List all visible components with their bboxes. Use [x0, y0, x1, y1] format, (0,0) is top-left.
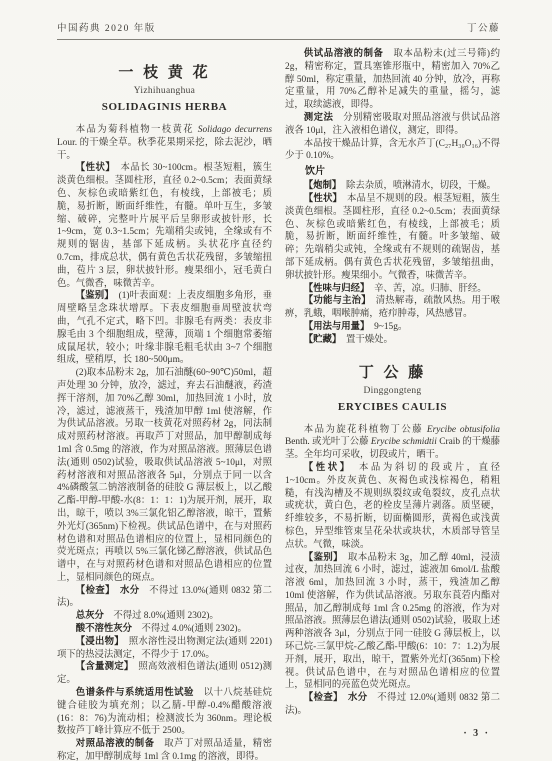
right-column: 供试品溶液的制备 取本品粉末(过三号筛)约 2g，精密称定，置具塞锥形瓶中，精密… [285, 48, 500, 761]
section-text: 不得过 8.0%(通则 2302)。 [104, 611, 219, 621]
section-text: (2)取本品粉末 2g，加石油醚(60~90℃)50ml，超声处理 30 分钟，… [57, 368, 272, 583]
page-number: · 3 · [463, 728, 490, 739]
monograph-title-latin: ERYCIBES CAULIS [285, 401, 500, 413]
section-paragraph-suanburongxing-huifen: 酸不溶性灰分 不得过 4.0%(通则 2302)。 [57, 623, 272, 636]
section-paragraph-cedingfa: 测定法 分别精密吸取对照品溶液与供试品溶液各 10μl，注入液相色谱仪，测定，即… [285, 112, 500, 138]
monograph-title-latin: SOLIDAGINIS HERBA [57, 101, 272, 113]
section-paragraph-jianbie-1: 【鉴别】 (1)叶表面观：上表皮细胞多角形，垂周壁略呈念珠状增厚。下表皮细胞垂周… [57, 290, 272, 367]
section-paragraph-dgt-xingzhuang: 【性状】 本品为斜切的段或片，直径 1~10cm。外皮灰黄色、灰褐色或浅棕褐色，… [285, 462, 500, 552]
scientific-name: Erycibe obtusifolia [427, 425, 500, 435]
section-text: 不得过 4.0%(通则 2302)。 [132, 624, 247, 634]
section-paragraph-yongfa-yongliang: 【用法与用量】 9~15g。 [285, 321, 500, 334]
section-paragraph-yinpian-xingzhuang: 【性状】 本品呈不规则的段。根茎短粗，簇生淡黄色细根。茎圆柱形，直径 0.2~0… [285, 193, 500, 283]
section-label: 【检查】 水分 [76, 586, 140, 596]
section-paragraph-duizhaopin-rongye: 对照品溶液的制备 取芦丁对照品适量，精密称定，加甲醇制成每 1ml 含 0.1m… [57, 738, 272, 761]
section-paragraph-xingzhuang: 【性状】 本品长 30~100cm。根茎短粗，簇生淡黄色细根。茎圆柱形，直径 0… [57, 162, 272, 290]
monograph-title-chinese: 一 枝 黄 花 [57, 61, 272, 82]
section-label: 对照品溶液的制备 [76, 739, 155, 749]
section-paragraph-hanliang-ceding: 【含量测定】 照高效液相色谱法(通则 0512)测定。 [57, 661, 272, 687]
section-label: 【性状】 [304, 194, 338, 204]
section-paragraph-gongshipin-rongye: 供试品溶液的制备 取本品粉末(过三号筛)约 2g，精密称定，置具塞锥形瓶中，精密… [285, 48, 500, 112]
section-label: 酸不溶性灰分 [76, 624, 132, 634]
monograph-title-chinese: 丁 公 藤 [285, 361, 500, 382]
scientific-name: Solidago decurrens [198, 125, 272, 135]
section-text: 本品为斜切的段或片，直径 1~10cm。外皮灰黄色、灰褐色或浅棕褐色，稍粗糙，有… [285, 463, 500, 550]
section-label: 【鉴别】 [76, 291, 109, 301]
section-paragraph-paozhi: 【炮制】 除去杂质，喷淋清水，切段，干燥。 [285, 180, 500, 193]
section-paragraph-dgt-jiancha: 【检查】 水分 不得过 12.0%(通则 0832 第二法)。 [285, 692, 500, 718]
source-paragraph-dinggongteng: 本品为旋花科植物丁公藤 Erycibe obtusifolia Benth. 或… [285, 424, 500, 462]
section-text: 本品按干燥品计算，含无水芦丁(C₂₇H₃₀O₁₆)不得少于 0.10%。 [285, 139, 500, 162]
section-label: 【炮制】 [304, 181, 337, 191]
monograph-title-block-yizhihuanghua: 一 枝 黄 花 Yizhihuanghua SOLIDAGINIS HERBA [57, 61, 272, 113]
source-text-mid: Benth. 或光叶丁公藤 [285, 437, 371, 447]
header-section-title: 丁公藤 [467, 20, 500, 34]
section-label: 【性状】 [304, 463, 347, 473]
section-paragraph-sepu-tiaojian: 色谱条件与系统适用性试验 以十八烷基硅烷键合硅胶为填充剂；以乙腈-甲醇-0.4%… [57, 687, 272, 738]
section-paragraph-hanliang-limit: 本品按干燥品计算，含无水芦丁(C₂₇H₃₀O₁₆)不得少于 0.10%。 [285, 138, 500, 164]
section-paragraph-jinchuwu: 【浸出物】 照水溶性浸出物测定法(通则 2201)项下的热浸法测定，不得少于 1… [57, 636, 272, 662]
section-text: 本品呈不规则的段。根茎短粗，簇生淡黄色细根。茎圆柱形，直径 0.2~0.5cm；… [285, 194, 500, 281]
section-label: 【检查】 水分 [304, 693, 368, 703]
section-label: 【性状】 [76, 163, 111, 173]
section-paragraph-jiancha-shuifen: 【检查】 水分 不得过 13.0%(通则 0832 第二法)。 [57, 585, 272, 611]
header-edition: 中国药典 2020 年版 [57, 20, 156, 34]
section-text: 除去杂质，喷淋清水，切段，干燥。 [337, 181, 496, 191]
source-paragraph: 本品为菊科植物一枝黄花 Solidago decurrens Lour. 的干燥… [57, 124, 272, 162]
section-label: 【含量测定】 [76, 662, 129, 672]
section-paragraph-xingwei-guijing: 【性味与归经】 辛、苦，凉。归肺、肝经。 [285, 283, 500, 296]
section-paragraph-jianbie-2: (2)取本品粉末 2g，加石油醚(60~90℃)50ml，超声处理 30 分钟，… [57, 367, 272, 585]
section-label: 【贮藏】 [304, 335, 337, 345]
section-label: 供试品溶液的制备 [304, 49, 384, 59]
subheading-yinpian: 饮片 [285, 165, 500, 179]
section-label: 【功能与主治】 [304, 296, 366, 306]
section-label: 【用法与用量】 [304, 322, 365, 332]
source-text: 本品为菊科植物一枝黄花 [76, 125, 198, 135]
section-text: 辛、苦，凉。归肺、肝经。 [365, 284, 487, 294]
section-text: 置干燥处。 [337, 335, 393, 345]
section-text: 本品长 30~100cm。根茎短粗，簇生淡黄色细根。茎圆柱形，直径 0.2~0.… [57, 163, 272, 288]
source-text: 本品为旋花科植物丁公藤 [304, 425, 427, 435]
two-column-body: 一 枝 黄 花 Yizhihuanghua SOLIDAGINIS HERBA … [57, 48, 500, 761]
section-paragraph-zonghuifen: 总灰分 不得过 8.0%(通则 2302)。 [57, 610, 272, 623]
section-paragraph-gongneng-zhuzhi: 【功能与主治】 清热解毒，疏散风热。用于喉痹，乳蛾，咽喉肿痛，疮疖肿毒，风热感冒… [285, 295, 500, 321]
pharmacopoeia-page: 中国药典 2020 年版 丁公藤 一 枝 黄 花 Yizhihuanghua S… [0, 0, 552, 761]
monograph-title-pinyin: Yizhihuanghua [57, 86, 272, 96]
monograph-title-block-dinggongteng: 丁 公 藤 Dinggongteng ERYCIBES CAULIS [285, 361, 500, 413]
section-text: (1)叶表面观：上表皮细胞多角形，垂周壁略呈念珠状增厚。下表皮细胞垂周壁波状弯曲… [57, 291, 272, 365]
section-label: 【浸出物】 [76, 637, 119, 647]
left-column: 一 枝 黄 花 Yizhihuanghua SOLIDAGINIS HERBA … [57, 48, 272, 761]
section-label: 总灰分 [76, 611, 104, 621]
section-label: 测定法 [304, 113, 334, 123]
section-label: 【鉴别】 [304, 553, 338, 563]
running-head: 中国药典 2020 年版 丁公藤 [57, 20, 500, 40]
section-paragraph-zhucang: 【贮藏】 置干燥处。 [285, 334, 500, 347]
source-text-cont: Lour. 的干燥全草。秋季花果期采挖，除去泥沙，晒干。 [57, 138, 272, 161]
section-paragraph-dgt-jianbie: 【鉴别】 取本品粉末 3g，加乙醇 40ml，浸渍过夜，加热回流 6 小时，滤过… [285, 552, 500, 693]
section-text: 9~15g。 [365, 322, 408, 332]
section-label: 色谱条件与系统适用性试验 [76, 688, 194, 698]
monograph-title-pinyin: Dinggongteng [285, 386, 500, 396]
section-label: 【性味与归经】 [304, 284, 365, 294]
section-text: 取本品粉末 3g，加乙醇 40ml，浸渍过夜，加热回流 6 小时，滤过，滤液加 … [285, 553, 500, 691]
scientific-name: Erycibe schmidtii [371, 437, 437, 447]
